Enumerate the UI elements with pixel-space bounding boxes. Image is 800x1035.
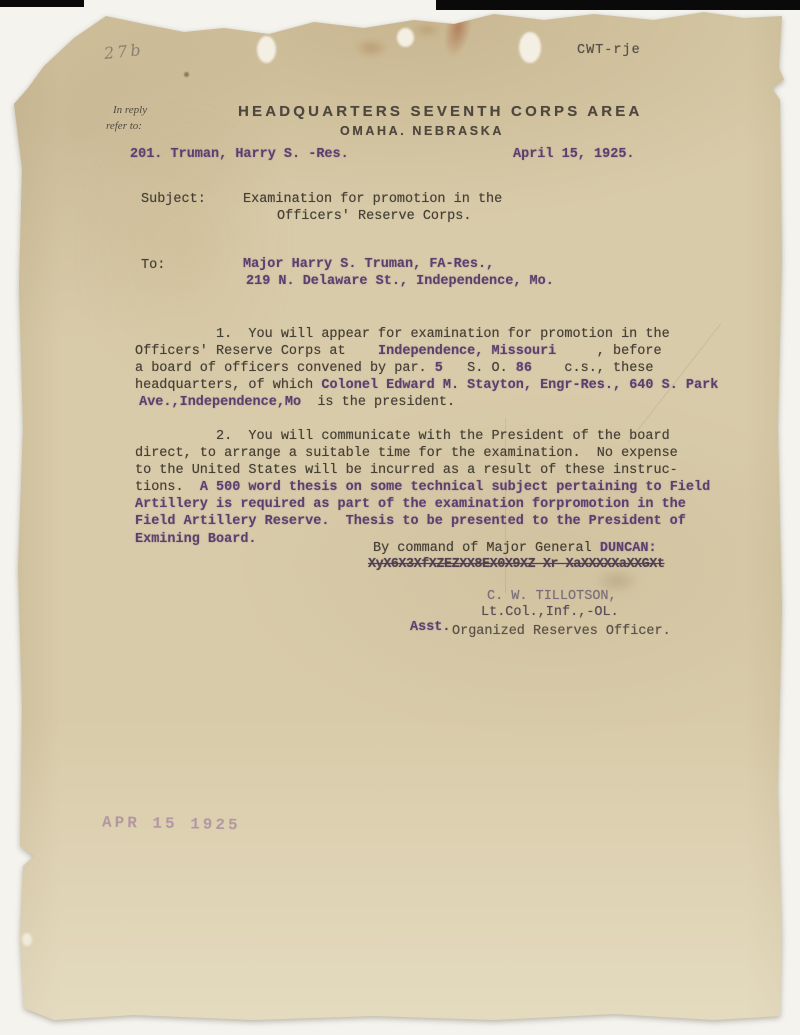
- p1-l3-fill-in: 5: [435, 361, 443, 376]
- addressee-line1: Major Harry S. Truman, FA-Res.,: [243, 256, 494, 274]
- body-p2-line6: Field Artillery Reserve. Thesis to be pr…: [135, 513, 686, 531]
- p1-l3-form-text: S. O.: [443, 361, 516, 376]
- p1-l4-form-text: headquarters, of which: [135, 378, 321, 393]
- body-p1-line4: headquarters, of which Colonel Edward M.…: [135, 377, 718, 395]
- stain-brown-smudge: [412, 22, 442, 38]
- reply-label-line1: In reply: [113, 104, 147, 116]
- received-date-stamp: APR 15 1925: [102, 814, 241, 835]
- p1-l2-fill-in: Independence, Missouri: [378, 344, 556, 359]
- body-p1-line5: Ave.,Independence,Mo is the president.: [131, 394, 455, 412]
- p1-l2-form-text: Officers' Reserve Corps at: [135, 344, 378, 359]
- command-line: By command of Major General DUNCAN:: [373, 540, 657, 558]
- signature-name: C. W. TILLOTSON,: [487, 588, 617, 606]
- body-p2-line3: to the United States will be incurred as…: [135, 462, 678, 480]
- body-p2-line4: tions. A 500 word thesis on some technic…: [135, 479, 710, 497]
- body-p2-line1: 2. You will communicate with the Preside…: [135, 428, 670, 446]
- signature-title-insert: Asst.: [410, 619, 451, 637]
- body-p1-line1: 1. You will appear for examination for p…: [135, 326, 670, 344]
- subject-label: Subject:: [141, 191, 206, 209]
- p2-l4-added-text: A 500 word thesis on some technical subj…: [200, 480, 710, 495]
- stain-brown-smudge: [354, 38, 388, 58]
- p2-l4-form-text: tions.: [135, 480, 200, 495]
- p1-l3-form-text: a board of officers convened by par.: [135, 361, 435, 376]
- stain-brown-streak: [439, 6, 475, 60]
- p1-l5-form-text: is the president.: [309, 395, 455, 410]
- body-p2-line5: Artillery is required as part of the exa…: [135, 496, 686, 514]
- p1-l3-form-text: c.s., these: [532, 361, 654, 376]
- signature-title: Organized Reserves Officer.: [452, 623, 671, 641]
- p1-l4-fill-in: Colonel Edward M. Stayton, Engr-Res., 64…: [321, 378, 718, 393]
- command-text: By command of Major General: [373, 541, 600, 556]
- p1-l5-fill-in: Ave.,Independence,Mo: [131, 395, 309, 410]
- subject-line2: Officers' Reserve Corps.: [277, 208, 471, 226]
- file-reference: 201. Truman, Harry S. -Res.: [130, 146, 349, 164]
- letterhead-location: OMAHA. NEBRASKA: [340, 124, 504, 138]
- struck-out-line: XyX6X3XfXZEZXX8EX0X9XZ Xr XaXXXXXaXXGXt: [368, 556, 664, 574]
- commanding-general-name: DUNCAN:: [600, 541, 657, 556]
- addressee-line2: 219 N. Delaware St., Independence, Mo.: [246, 273, 554, 291]
- body-p2-line7: Exmining Board.: [135, 531, 257, 549]
- p1-l3-fill-in: 86: [516, 361, 532, 376]
- paper-chip: [519, 32, 541, 63]
- signature-rank: Lt.Col.,Inf.,-OL.: [481, 604, 619, 622]
- addressee-label: To:: [141, 257, 165, 275]
- scanned-letter-page: { "page": { "corner_note": "27b", "typis…: [0, 0, 800, 1035]
- subject-line1: Examination for promotion in the: [243, 191, 502, 209]
- paper-chip: [257, 36, 276, 63]
- letterhead-org: HEADQUARTERS SEVENTH CORPS AREA: [238, 103, 643, 120]
- scan-edge-top-left: [0, 0, 84, 7]
- typist-reference: CWT-rje: [577, 42, 641, 60]
- body-p1-line3: a board of officers convened by par. 5 S…: [135, 360, 654, 378]
- reply-label-line2: refer to:: [106, 120, 142, 132]
- paper-chip: [22, 933, 32, 946]
- letter-date: April 15, 1925.: [513, 146, 635, 164]
- body-p2-line2: direct, to arrange a suitable time for t…: [135, 445, 678, 463]
- p1-l2-form-text: , before: [556, 344, 661, 359]
- stain-speck: [184, 72, 189, 77]
- body-p1-line2: Officers' Reserve Corps at Independence,…: [135, 343, 662, 361]
